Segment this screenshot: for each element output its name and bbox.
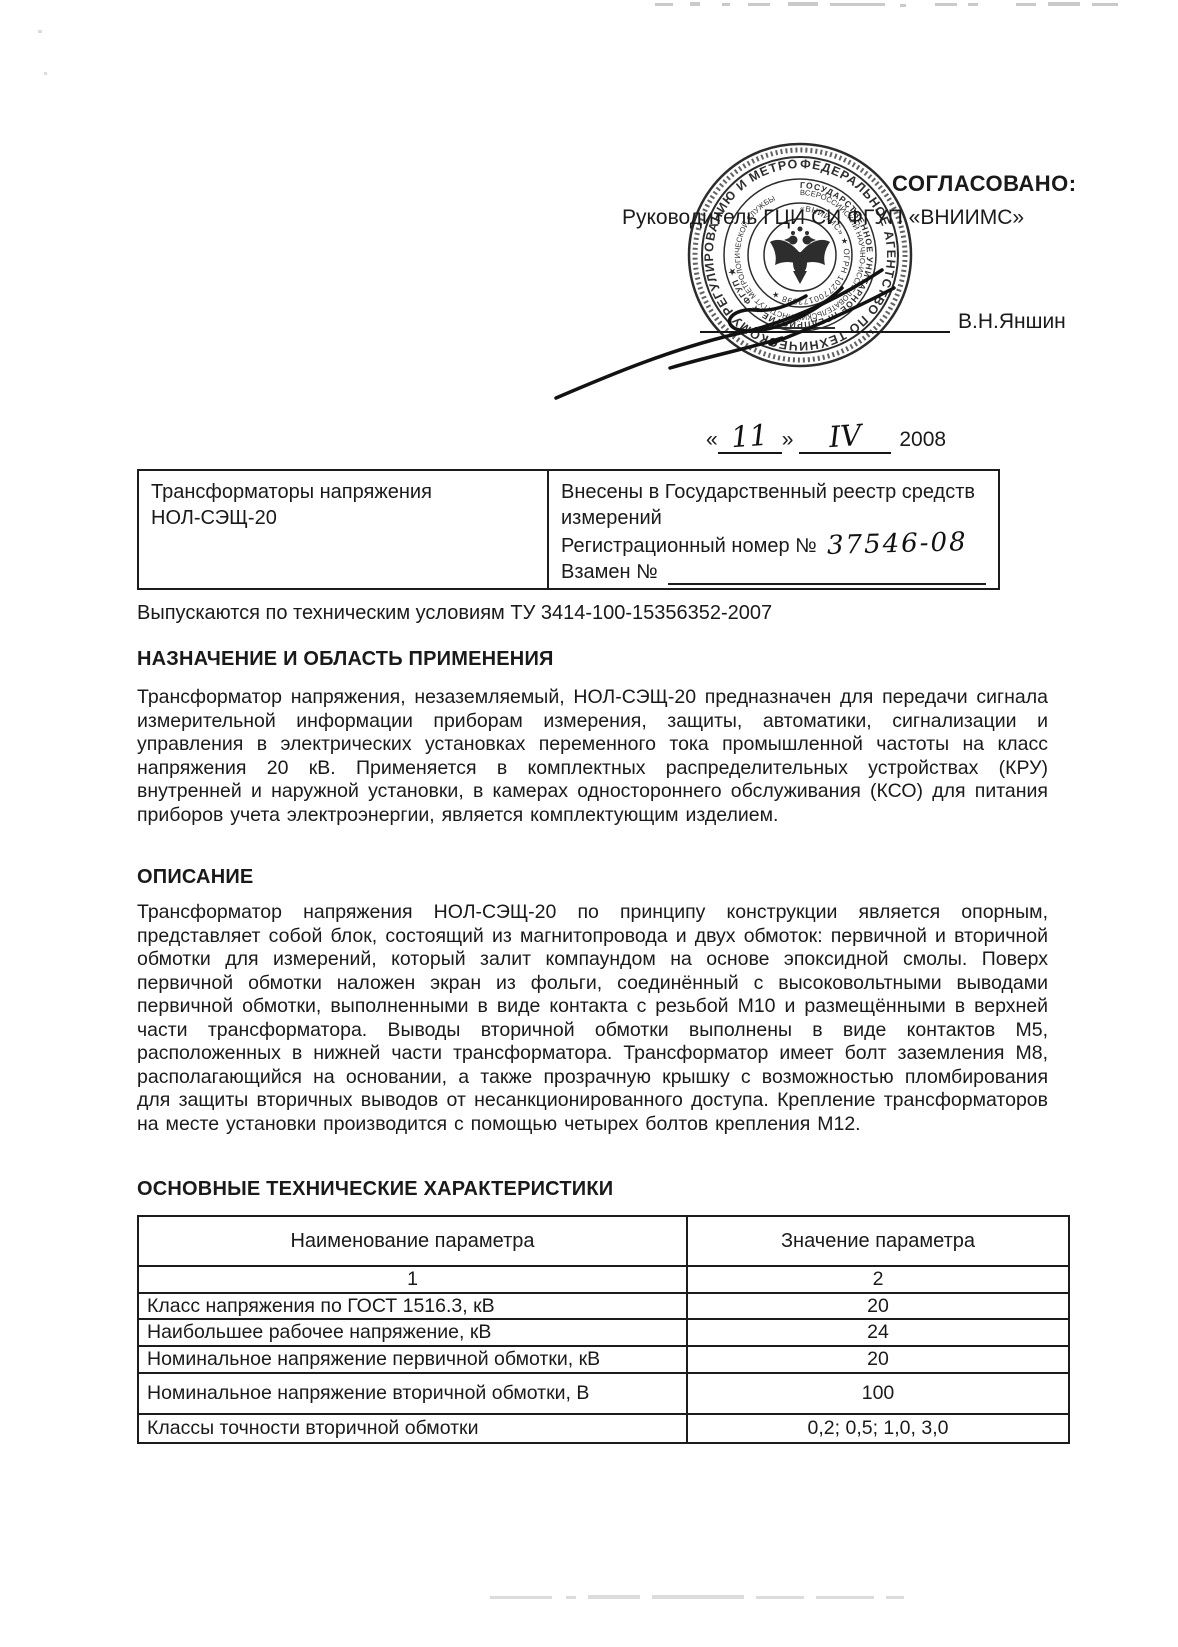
scan-artifact	[1016, 3, 1036, 6]
scan-artifact	[756, 1596, 804, 1599]
scan-artifact	[44, 72, 47, 75]
scan-artifact	[935, 3, 957, 6]
scan-artifact	[1048, 2, 1080, 6]
scan-artifact	[690, 2, 700, 6]
registration-number-value: 37546-08	[826, 529, 967, 559]
registry-info-cell: Внесены в Государственный реестр средств…	[547, 471, 998, 589]
scan-artifact	[588, 1595, 640, 1599]
table-row-value: 20	[686, 1345, 1068, 1372]
scan-artifact	[490, 1596, 552, 1599]
date-year: 2008	[899, 428, 946, 454]
table-header-value: Значение параметра	[686, 1217, 1068, 1265]
scan-artifact	[816, 1596, 874, 1599]
table-row-name: Классы точности вторичной обмотки	[139, 1413, 686, 1442]
date-month-value: IV	[828, 422, 862, 450]
table-row-name: Наибольшее рабочее напряжение, кВ	[139, 1318, 686, 1345]
date-day-field: 11	[718, 423, 782, 454]
table-row-name: Номинальное напряжение вторичной обмотки…	[139, 1372, 686, 1413]
date-open-quote: «	[706, 428, 718, 454]
table-index-cell: 1	[139, 1265, 686, 1292]
registration-number-line: Регистрационный номер №37546-08	[561, 531, 986, 559]
registration-number-label: Регистрационный номер №	[561, 535, 817, 557]
product-name-line1: Трансформаторы напряжения	[151, 479, 535, 505]
scan-artifact	[652, 1595, 744, 1599]
scan-artifact	[722, 3, 730, 6]
registry-entered-text: Внесены в Государственный реестр средств…	[561, 479, 986, 531]
table-row-name: Класс напряжения по ГОСТ 1516.3, кВ	[139, 1292, 686, 1318]
characteristics-heading: ОСНОВНЫЕ ТЕХНИЧЕСКИЕ ХАРАКТЕРИСТИКИ	[137, 1178, 613, 1201]
description-heading: ОПИСАНИЕ	[137, 866, 253, 889]
table-row-name: Номинальное напряжение первичной обмотки…	[139, 1345, 686, 1372]
replaces-label: Взамен №	[561, 559, 658, 585]
scan-artifact	[655, 3, 673, 6]
characteristics-table: Наименование параметра Значение параметр…	[137, 1215, 1070, 1444]
purpose-heading: НАЗНАЧЕНИЕ И ОБЛАСТЬ ПРИМЕНЕНИЯ	[137, 648, 554, 671]
table-row-value: 100	[686, 1372, 1068, 1413]
date-day-value: 11	[730, 422, 769, 451]
registry-product-cell: Трансформаторы напряжения НОЛ-СЭЩ-20	[139, 471, 547, 589]
tu-conditions-line: Выпускаются по техническим условиям ТУ 3…	[137, 602, 772, 625]
scan-artifact	[900, 4, 906, 7]
product-name-line2: НОЛ-СЭЩ-20	[151, 505, 535, 531]
replaces-blank-rule	[668, 559, 986, 585]
scan-artifact	[968, 3, 978, 6]
scan-artifact	[1092, 3, 1118, 6]
table-index-cell: 2	[686, 1265, 1068, 1292]
purpose-paragraph: Трансформатор напряжения, незаземляемый,…	[137, 686, 1048, 827]
handwritten-signature	[520, 248, 990, 420]
description-paragraph: Трансформатор напряжения НОЛ-СЭЩ-20 по п…	[137, 901, 1048, 1136]
scan-artifact	[748, 3, 770, 6]
date-close-quote: »	[782, 428, 794, 454]
table-header-name: Наименование параметра	[139, 1217, 686, 1265]
scan-artifact	[38, 30, 42, 33]
scan-artifact	[886, 1596, 904, 1599]
table-row-value: 24	[686, 1318, 1068, 1345]
table-row-value: 0,2; 0,5; 1,0, 3,0	[686, 1413, 1068, 1442]
registry-box: Трансформаторы напряжения НОЛ-СЭЩ-20 Вне…	[137, 469, 1000, 590]
replaces-line: Взамен №	[561, 559, 986, 585]
date-line: « 11 » IV 2008	[706, 424, 946, 454]
scan-artifact	[830, 3, 885, 6]
scanned-document-page: СОГЛАСОВАНО: Руководитель ГЦИ СИ ФГУП «В…	[0, 0, 1178, 1647]
scan-artifact	[566, 1596, 576, 1599]
scan-artifact	[788, 2, 818, 6]
date-month-field: IV	[799, 423, 891, 454]
table-row-value: 20	[686, 1292, 1068, 1318]
